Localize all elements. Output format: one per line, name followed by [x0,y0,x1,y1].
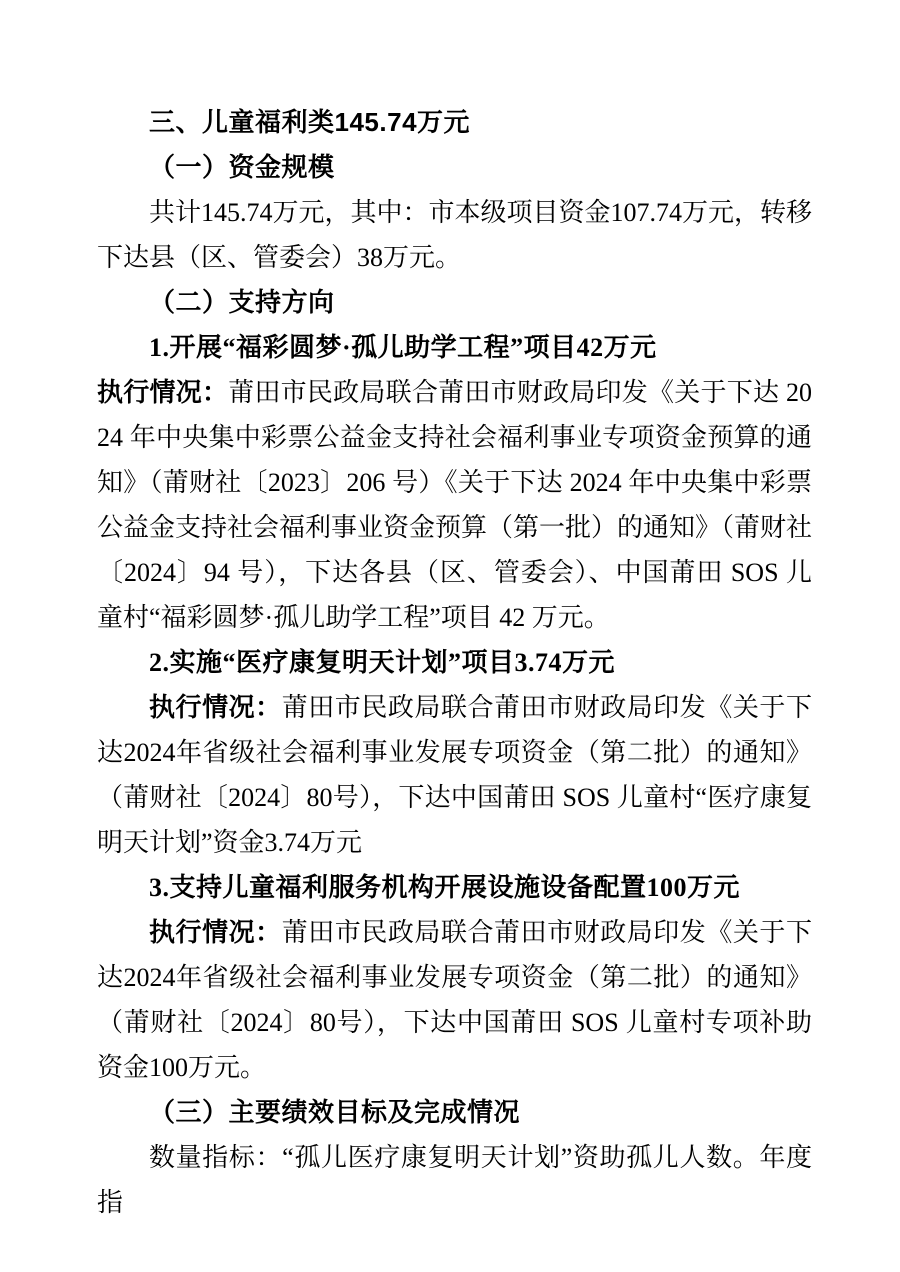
paragraph-quantity-indicator: 数量指标：“孤儿医疗康复明天计划”资助孤儿人数。年度指 [97,1135,812,1225]
item-3-execution-label: 执行情况： [149,918,282,947]
subsection-heading-funding-scale: （一）资金规模 [97,145,812,190]
subsection-heading-support-direction: （二）支持方向 [97,280,812,325]
item-1-execution-label: 执行情况： [97,378,228,407]
item-1-execution-text: 莆田市民政局联合莆田市财政局印发《关于下达 2024 年中央集中彩票公益金支持社… [97,378,812,632]
subsection-heading-performance-targets: （三）主要绩效目标及完成情况 [97,1090,812,1135]
document-page: 三、儿童福利类145.74万元 （一）资金规模 共计145.74万元，其中：市本… [0,0,900,1272]
paragraph-funding-scale: 共计145.74万元，其中：市本级项目资金107.74万元，转移下达县（区、管委… [97,190,812,280]
item-1-execution-paragraph: 执行情况：莆田市民政局联合莆田市财政局印发《关于下达 2024 年中央集中彩票公… [97,370,812,640]
section-heading: 三、儿童福利类145.74万元 [97,100,812,145]
item-2-execution-paragraph: 执行情况：莆田市民政局联合莆田市财政局印发《关于下达2024年省级社会福利事业发… [97,685,812,865]
item-3-execution-paragraph: 执行情况：莆田市民政局联合莆田市财政局印发《关于下达2024年省级社会福利事业发… [97,910,812,1090]
item-2-title: 2.实施“医疗康复明天计划”项目3.74万元 [97,640,812,685]
item-2-execution-label: 执行情况： [149,693,282,722]
item-1-title: 1.开展“福彩圆梦·孤儿助学工程”项目42万元 [97,325,812,370]
item-3-title: 3.支持儿童福利服务机构开展设施设备配置100万元 [97,865,812,910]
